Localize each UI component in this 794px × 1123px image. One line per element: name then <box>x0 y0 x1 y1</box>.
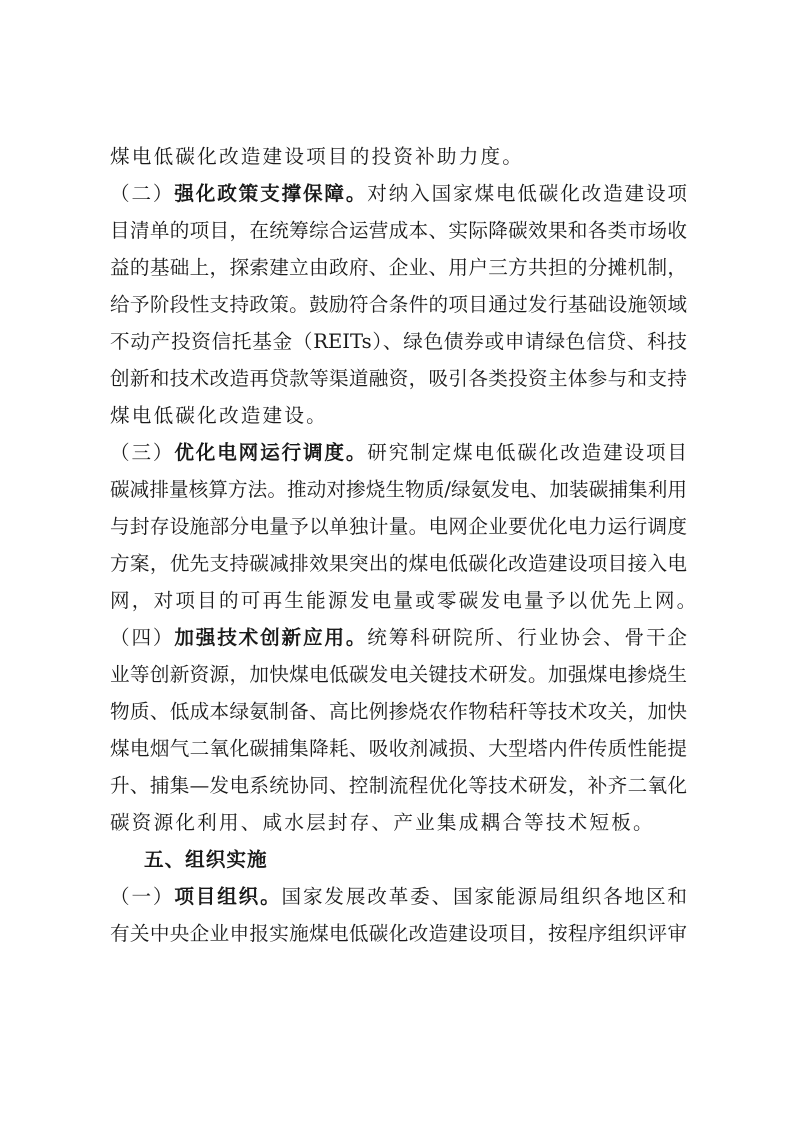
paragraph-line: 物质、低成本绿氨制备、高比例掺烧农作物秸秆等技术攻关，加快 <box>110 693 687 730</box>
paragraph-line: 碳资源化利用、咸水层封存、产业集成耦合等技术短板。 <box>110 804 687 841</box>
paragraph-line: 升、捕集—发电系统协同、控制流程优化等技术研发，补齐二氧化 <box>110 767 687 804</box>
section-4-first-line: （四）加强技术创新应用。统筹科研院所、行业协会、骨干企 <box>110 619 687 656</box>
line-text: 业等创新资源，加快煤电低碳发电关键技术研发。加强煤电掺烧生 <box>110 663 687 686</box>
chapter-heading: 五、组织实施 <box>110 841 687 878</box>
line-text: 目清单的项目，在统筹综合运营成本、实际降碳效果和各类市场收 <box>110 219 687 242</box>
line-text: 碳资源化利用、咸水层封存、产业集成耦合等技术短板。 <box>110 811 655 834</box>
section-2-first-line: （二）强化政策支撑保障。对纳入国家煤电低碳化改造建设项 <box>110 175 687 212</box>
paragraph-line: 煤电烟气二氧化碳捕集降耗、吸收剂减损、大型塔内件传质性能提 <box>110 730 687 767</box>
line-text: 煤电低碳化改造建设项目的投资补助力度。 <box>110 145 524 168</box>
section-title: 优化电网运行调度。 <box>174 441 367 464</box>
section-5-1-first-line: （一）项目组织。国家发展改革委、国家能源局组织各地区和 <box>110 878 687 915</box>
paragraph-line: 与封存设施部分电量予以单独计量。电网企业要优化电力运行调度 <box>110 508 687 545</box>
line-text: 给予阶段性支持政策。鼓励符合条件的项目通过发行基础设施领域 <box>110 293 687 316</box>
paragraph-line: 目清单的项目，在统筹综合运营成本、实际降碳效果和各类市场收 <box>110 212 687 249</box>
document-page: 煤电低碳化改造建设项目的投资补助力度。 （二）强化政策支撑保障。对纳入国家煤电低… <box>110 138 687 952</box>
line-text: 煤电低碳化改造建设。 <box>110 404 328 427</box>
paragraph-line: 业等创新资源，加快煤电低碳发电关键技术研发。加强煤电掺烧生 <box>110 656 687 693</box>
line-text: 物质、低成本绿氨制备、高比例掺烧农作物秸秆等技术攻关，加快 <box>110 700 687 723</box>
section-number: （二） <box>110 182 174 205</box>
paragraph-line: 碳减排量核算方法。推动对掺烧生物质/绿氨发电、加装碳捕集利用 <box>110 471 687 508</box>
section-title: 加强技术创新应用。 <box>174 626 367 649</box>
paragraph-line: 益的基础上，探索建立由政府、企业、用户三方共担的分摊机制， <box>110 249 687 286</box>
line-text: 对纳入国家煤电低碳化改造建设项 <box>367 182 687 205</box>
section-number: （一） <box>110 885 174 908</box>
section-number: （四） <box>110 626 174 649</box>
line-text: 碳减排量核算方法。推动对掺烧生物质/绿氨发电、加装碳捕集利用 <box>110 478 687 501</box>
paragraph-line: 创新和技术改造再贷款等渠道融资，吸引各类投资主体参与和支持 <box>110 360 687 397</box>
line-text: 统筹科研院所、行业协会、骨干企 <box>367 626 687 649</box>
paragraph-line: 不动产投资信托基金（REITs）、绿色债券或申请绿色信贷、科技 <box>110 323 687 360</box>
line-text: 益的基础上，探索建立由政府、企业、用户三方共担的分摊机制， <box>110 256 687 279</box>
paragraph-line: 方案，优先支持碳减排效果突出的煤电低碳化改造建设项目接入电 <box>110 545 687 582</box>
section-title: 强化政策支撑保障。 <box>174 182 367 205</box>
section-3-first-line: （三）优化电网运行调度。研究制定煤电低碳化改造建设项目 <box>110 434 687 471</box>
section-title: 项目组织。 <box>174 885 281 908</box>
paragraph-line: 煤电低碳化改造建设项目的投资补助力度。 <box>110 138 687 175</box>
line-text: 国家发展改革委、国家能源局组织各地区和 <box>282 885 688 908</box>
line-text: 研究制定煤电低碳化改造建设项目 <box>367 441 687 464</box>
line-text: 方案，优先支持碳减排效果突出的煤电低碳化改造建设项目接入电 <box>110 552 687 575</box>
line-text: 有关中央企业申报实施煤电低碳化改造建设项目，按程序组织评审 <box>110 922 687 945</box>
paragraph-line: 网，对项目的可再生能源发电量或零碳发电量予以优先上网。 <box>110 582 687 619</box>
paragraph-line: 给予阶段性支持政策。鼓励符合条件的项目通过发行基础设施领域 <box>110 286 687 323</box>
section-number: （三） <box>110 441 174 464</box>
line-text: 与封存设施部分电量予以单独计量。电网企业要优化电力运行调度 <box>110 515 687 538</box>
paragraph-line: 有关中央企业申报实施煤电低碳化改造建设项目，按程序组织评审 <box>110 915 687 952</box>
line-text: 网，对项目的可再生能源发电量或零碳发电量予以优先上网。 <box>110 589 698 612</box>
line-text: 煤电烟气二氧化碳捕集降耗、吸收剂减损、大型塔内件传质性能提 <box>110 737 687 760</box>
line-text: 不动产投资信托基金（REITs）、绿色债券或申请绿色信贷、科技 <box>110 330 687 353</box>
line-text: 创新和技术改造再贷款等渠道融资，吸引各类投资主体参与和支持 <box>110 367 687 390</box>
paragraph-line: 煤电低碳化改造建设。 <box>110 397 687 434</box>
line-text: 升、捕集—发电系统协同、控制流程优化等技术研发，补齐二氧化 <box>110 774 687 797</box>
